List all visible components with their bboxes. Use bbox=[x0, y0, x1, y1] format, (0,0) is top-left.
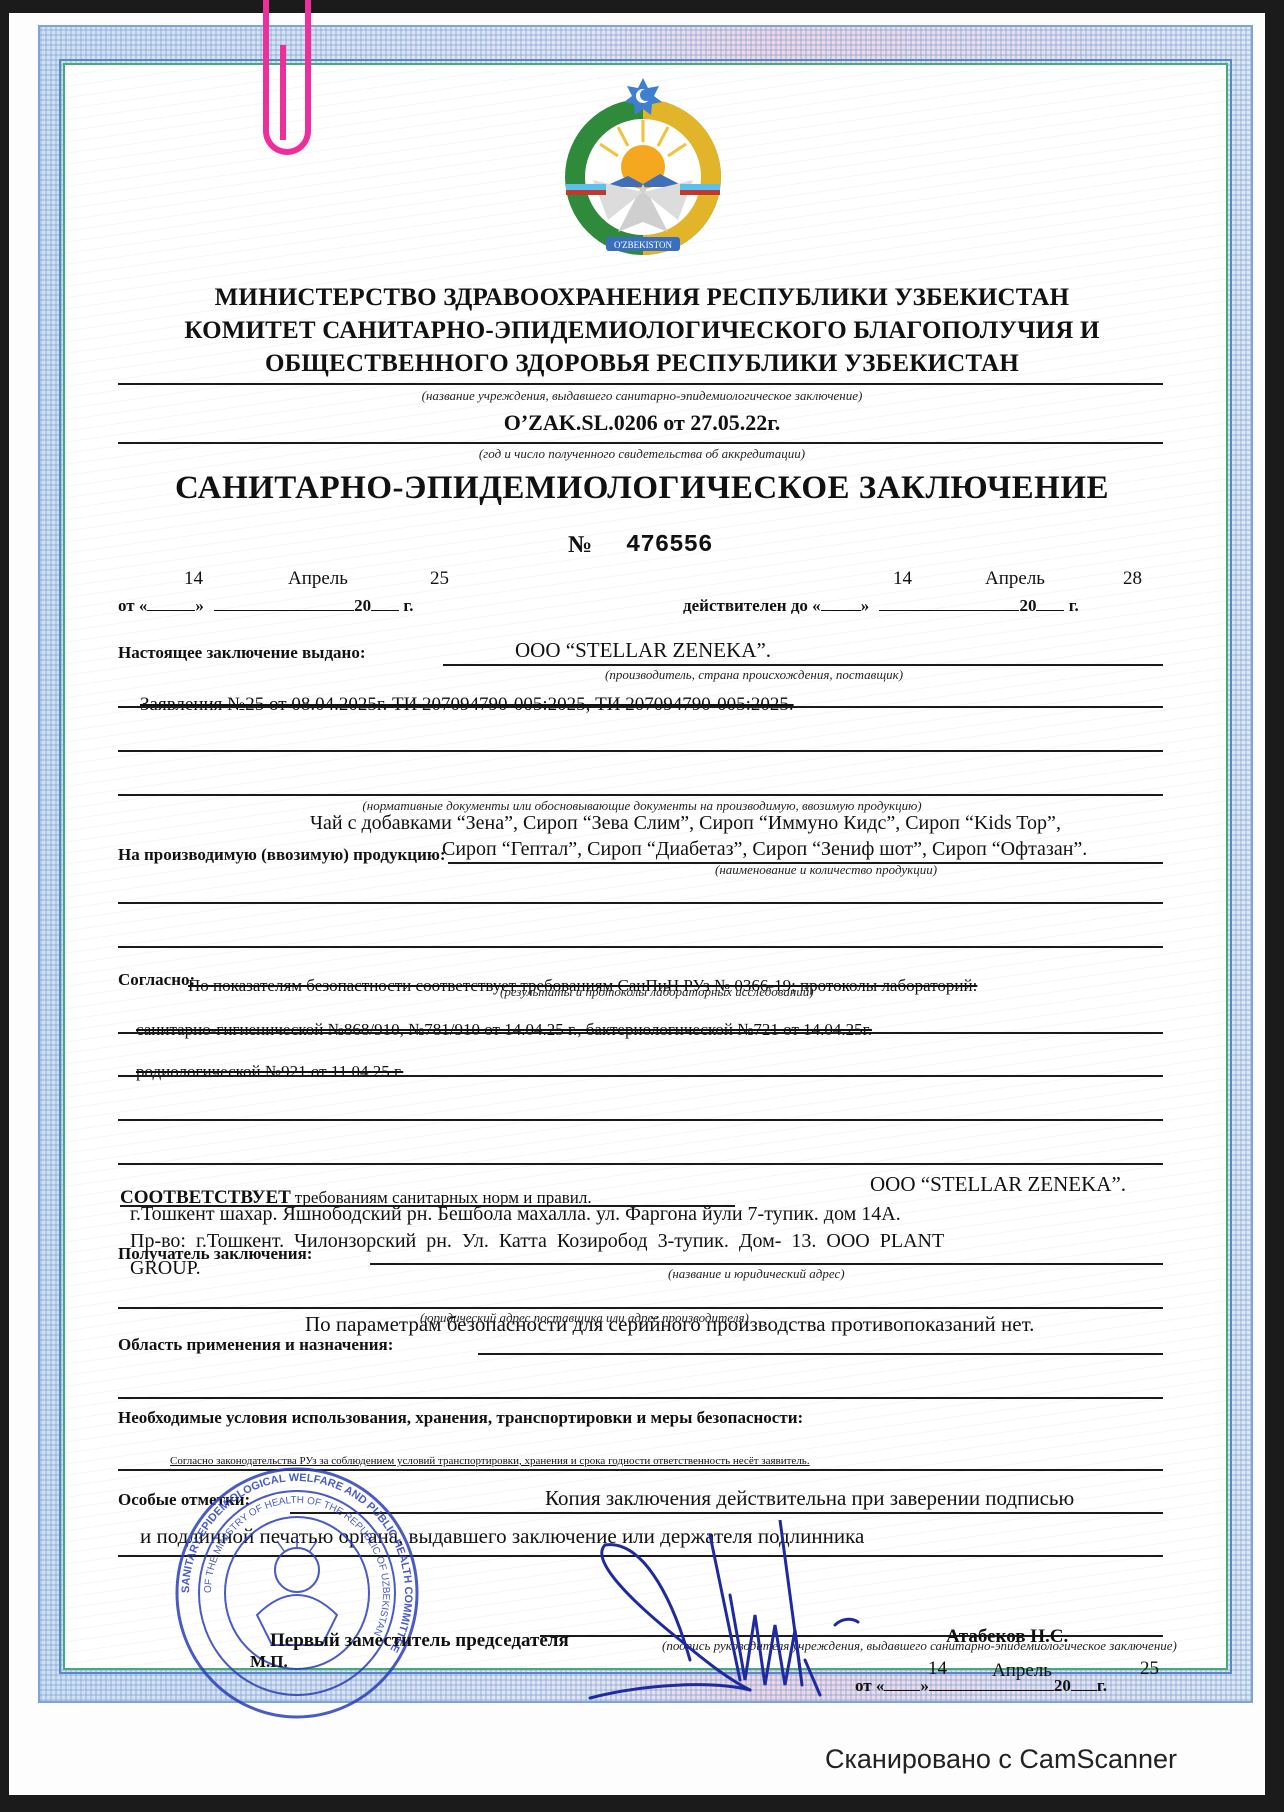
rule-accreditation bbox=[118, 442, 1163, 444]
normative-documents: Заявления №25 от 08.04.2025г. ТИ 2070947… bbox=[140, 694, 794, 716]
conformity-company: ООО “STELLAR ZENEKA”. bbox=[870, 1172, 1126, 1197]
recipient-caption: (название и юридический адрес) bbox=[668, 1266, 845, 1282]
handwritten-signature bbox=[580, 1520, 920, 1720]
issued-year: 25 bbox=[430, 568, 449, 590]
sign-year-suffix: г. bbox=[1097, 1676, 1107, 1695]
rule-normative-3 bbox=[118, 794, 1163, 796]
products-line-2: Сироп “Гептал”, Сироп “Диабетаз”, Сироп … bbox=[442, 838, 1087, 861]
ministry-line-3: ОБЩЕСТВЕННОГО ЗДОРОВЬЯ РЕСПУБЛИКИ УЗБЕКИ… bbox=[0, 350, 1284, 378]
valid-century: 20 bbox=[1019, 596, 1036, 615]
rule-normative-2 bbox=[118, 750, 1163, 752]
issued-to-label: Настоящее заключение выдано: bbox=[118, 643, 366, 663]
accreditation-number: O’ZAK.SL.0206 от 27.05.22г. bbox=[0, 410, 1284, 436]
rule-issued-to bbox=[443, 664, 1163, 666]
rule-normative-1 bbox=[118, 706, 1163, 708]
valid-close-text: » bbox=[861, 596, 870, 615]
products-label: На производимую (ввозимую) продукцию: bbox=[118, 845, 446, 865]
sign-date-year: 25 bbox=[1140, 1658, 1159, 1680]
according-line-3: родиологической №921 от 11.04.25 г. bbox=[136, 1062, 403, 1082]
number-sign: № bbox=[568, 532, 592, 559]
valid-year-suffix: г. bbox=[1069, 596, 1079, 615]
ministry-line-2: КОМИТЕТ САНИТАРНО-ЭПИДЕМИОЛОГИЧЕСКОГО БЛ… bbox=[0, 317, 1284, 345]
rule-according-2 bbox=[118, 1032, 1163, 1034]
rule-scope bbox=[478, 1353, 1163, 1355]
rule-according-3 bbox=[118, 1075, 1163, 1077]
conclusion-number: 476556 bbox=[626, 532, 712, 559]
rule-products-2 bbox=[118, 902, 1163, 904]
conformity-address-1: г.Тошкент шахар. Яшнободский рн. Бешбола… bbox=[130, 1203, 901, 1226]
rule-recipient bbox=[370, 1263, 1163, 1265]
conformity-address-2: Пр-во: г.Тошкент. Чилонзорский рн. Ул. К… bbox=[130, 1230, 944, 1253]
issued-month: Апрель bbox=[288, 568, 348, 590]
according-line-2: санитарно-гигиенической №868/910, №781/9… bbox=[136, 1020, 872, 1040]
conformity-address-3: GROUP. bbox=[130, 1257, 201, 1280]
official-seal-stamp-icon: SANITARY-EPIDEMIOLOGICAL WELFARE AND PUB… bbox=[172, 1465, 422, 1720]
rule-ministry bbox=[118, 383, 1163, 385]
issued-day: 14 bbox=[184, 568, 203, 590]
issued-from-text: от « bbox=[118, 596, 147, 615]
issued-date-label: от «» 20 г. bbox=[118, 596, 413, 616]
issued-year-suffix: г. bbox=[403, 596, 413, 615]
products-line-1: Чай с добавками “Зена”, Сироп “Зева Слим… bbox=[310, 812, 1061, 835]
rule-recipient-2 bbox=[118, 1307, 1163, 1309]
accreditation-caption: (год и число полученного свидетельства о… bbox=[0, 446, 1284, 462]
ministry-line-1: МИНИСТЕРСТВО ЗДРАВООХРАНЕНИЯ РЕСПУБЛИКИ … bbox=[0, 284, 1284, 312]
ministry-caption: (название учреждения, выдавшего санитарн… bbox=[0, 388, 1284, 404]
paperclip-inner-wire bbox=[280, 45, 296, 140]
rule-products-3 bbox=[118, 946, 1163, 948]
issued-close-text: » bbox=[195, 596, 204, 615]
sign-close-text: » bbox=[920, 1676, 929, 1695]
svg-text:O'ZBEKISTON: O'ZBEKISTON bbox=[614, 240, 672, 250]
signatory-name: Атабеков Н.С. bbox=[946, 1626, 1068, 1648]
sign-century: 20 bbox=[1054, 1676, 1071, 1695]
state-emblem-icon: O'ZBEKISTON bbox=[548, 72, 738, 262]
issued-to-value: ООО “STELLAR ZENEKA”. bbox=[515, 638, 771, 663]
issued-to-caption: (производитель, страна происхождения, по… bbox=[605, 667, 903, 683]
valid-until-text: действителен до « bbox=[683, 596, 821, 615]
valid-month: Апрель bbox=[985, 568, 1045, 590]
rule-according-4 bbox=[118, 1119, 1163, 1121]
conditions-label: Необходимые условия использования, хране… bbox=[118, 1408, 803, 1428]
issued-century: 20 bbox=[354, 596, 371, 615]
mp-label: М.П. bbox=[250, 1652, 288, 1672]
rule-according-5 bbox=[118, 1163, 1163, 1165]
according-label: Согласно: bbox=[118, 970, 195, 990]
signatory-position: Первый заместитель председателя bbox=[270, 1630, 569, 1652]
valid-until-label: действителен до «» 20 г. bbox=[683, 596, 1079, 616]
scope-label: Область применения и назначения: bbox=[118, 1335, 393, 1355]
products-caption: (наименование и количество продукции) bbox=[715, 862, 937, 878]
rule-scope-2 bbox=[118, 1397, 1163, 1399]
valid-day: 14 bbox=[893, 568, 912, 590]
according-caption: (результаты и протоколы лабораторных исс… bbox=[500, 984, 814, 1000]
camscanner-watermark: Сканировано с CamScanner bbox=[825, 1744, 1177, 1775]
special-line-1: Копия заключения действительна при завер… bbox=[545, 1486, 1074, 1511]
valid-year: 28 bbox=[1123, 568, 1142, 590]
scope-value: По параметрам безопасности для серийного… bbox=[305, 1312, 1034, 1337]
document-title: САНИТАРНО-ЭПИДЕМИОЛОГИЧЕСКОЕ ЗАКЛЮЧЕНИЕ bbox=[0, 470, 1284, 507]
